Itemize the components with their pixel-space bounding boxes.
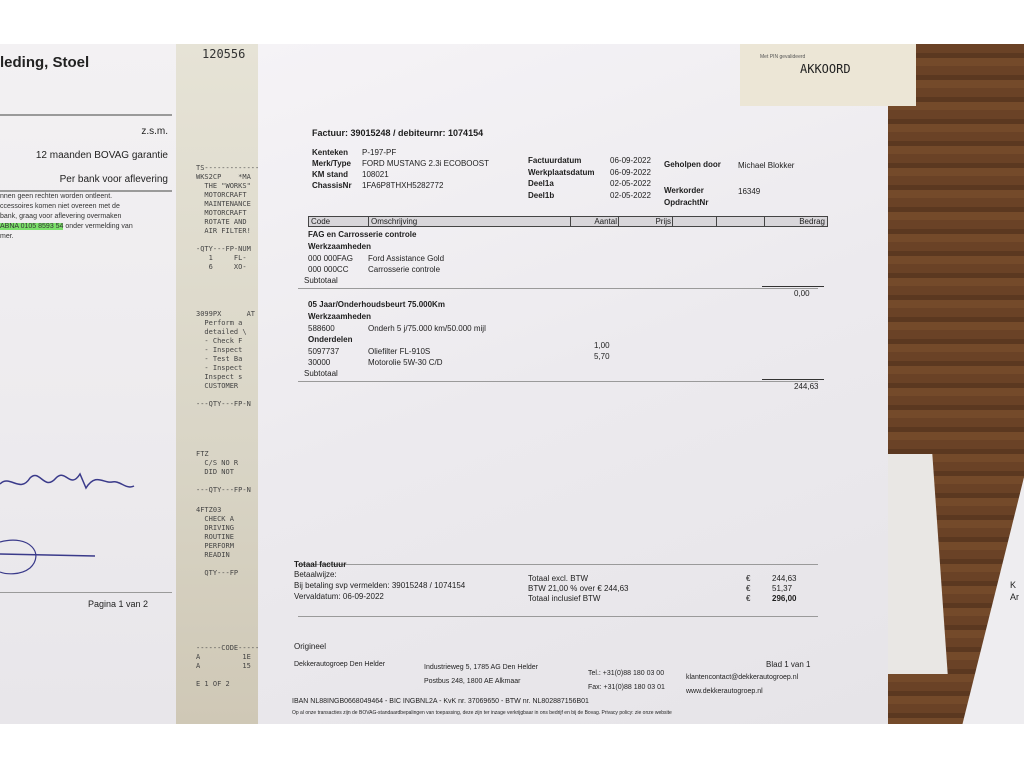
divider (298, 616, 818, 617)
payment-method: Per bank voor aflevering (60, 174, 168, 185)
date-label: Werkplaatsdatum (528, 168, 595, 177)
receipt-strip: 120556 TS-------------- WKS2CP *MA THE "… (176, 44, 260, 724)
line-quantity: 5,70 (594, 352, 610, 361)
receipt-block: TS-------------- WKS2CP *MA THE "WORKS" … (196, 164, 263, 272)
signature (0, 464, 180, 584)
line-code: 000 000CC (308, 265, 348, 274)
divider (298, 381, 818, 382)
work-order-value: 16349 (738, 187, 760, 196)
date-value: 06-09-2022 (610, 156, 651, 165)
total-amount: 244,63 (772, 574, 796, 583)
divider (0, 592, 172, 593)
divider (298, 564, 818, 565)
phone: Tel.: +31(0)88 180 03 00 (588, 670, 664, 677)
vehicle-value: 1FA6P8THXH5282772 (362, 181, 443, 190)
vehicle-label: ChassisNr (312, 181, 352, 190)
approval-slip: Met PIN gevalideerd AKKOORD (740, 44, 916, 106)
vehicle-value: FORD MUSTANG 2.3i ECOBOOST (362, 159, 489, 168)
line-quantity: 1,00 (594, 341, 610, 350)
receipt-number: 120556 (202, 50, 245, 59)
section-title: FAG en Carrosserie controle (308, 230, 416, 239)
line-description: Oliefilter FL-910S (368, 347, 430, 356)
total-label: Totaal excl. BTW (528, 574, 588, 583)
vehicle-value: P-197-PF (362, 148, 396, 157)
section-title: 05 Jaar/Onderhoudsbeurt 75.000Km (308, 300, 445, 309)
address-line1: Industrieweg 5, 1785 AG Den Helder (424, 664, 538, 671)
line-description: Motorolie 5W-30 C/D (368, 358, 443, 367)
fax: Fax: +31(0)88 180 03 01 (588, 684, 665, 691)
date-label: Deel1b (528, 191, 554, 200)
line-description: Ford Assistance Gold (368, 254, 444, 263)
document-photo: K Ar leding, Stoel z.s.m. 12 maanden BOV… (0, 44, 1024, 724)
col-amount: Bedrag (764, 216, 828, 227)
order-number-label: OpdrachtNr (664, 198, 708, 207)
date-value: 02-05-2022 (610, 179, 651, 188)
disclaimer: Op al onze transacties zijn de BOVAG-sta… (292, 710, 672, 716)
total-label: BTW 21,00 % over € 244,63 (528, 584, 629, 593)
company-name: Dekkerautogroep Den Helder (294, 661, 385, 668)
currency-symbol: € (746, 574, 750, 583)
col-quantity: Aantal (570, 216, 620, 227)
date-label: Factuurdatum (528, 156, 581, 165)
line-code: 000 000FAG (308, 254, 353, 263)
address-line2: Postbus 248, 1800 AE Alkmaar (424, 678, 521, 685)
website-link[interactable]: www.dekkerautogroep.nl (686, 688, 763, 695)
divider (298, 288, 818, 289)
col-price: Prijs (618, 216, 674, 227)
total-label: Totaal inclusief BTW (528, 594, 600, 603)
divider (0, 114, 172, 116)
email-link[interactable]: klantencontact@dekkerautogroep.nl (686, 674, 798, 681)
subtotal-rule (762, 286, 824, 287)
col-empty (716, 216, 766, 227)
terms-text: nnen geen rechten worden ontleent. ccess… (0, 192, 170, 242)
col-description: Omschrijving (368, 216, 572, 227)
date-value: 06-09-2022 (610, 168, 651, 177)
group-title: Onderdelen (308, 335, 352, 344)
currency-symbol: € (746, 584, 750, 593)
bank-details: IBAN NL88INGB0668049464 - BIC INGBNL2A -… (292, 698, 589, 705)
total-amount: 296,00 (772, 594, 796, 603)
due-date: Vervaldatum: 06-09-2022 (294, 592, 384, 601)
payment-method: Betaalwijze: (294, 570, 337, 579)
totals-title: Totaal factuur (294, 560, 346, 569)
date-value: 02-05-2022 (610, 191, 651, 200)
work-order-label: Werkorder (664, 186, 704, 195)
receipt-block: 4FTZ03 CHECK A DRIVING ROUTINE PERFORM R… (196, 506, 238, 578)
receipt-block: ------CODE----- A 1E A 15 E 1 OF 2 (196, 644, 259, 689)
payment-reference: Bij betaling svp vermelden: 39015248 / 1… (294, 581, 465, 590)
receipt-block: FTZ C/S NO R DID NOT ---QTY---FP-N (196, 450, 251, 495)
left-document-title: leding, Stoel (0, 54, 89, 71)
subtotal-amount: 0,00 (794, 289, 810, 298)
col-empty (672, 216, 718, 227)
receipt-block: 3099PX AT Perform a detailed \ - Check F… (196, 310, 255, 409)
line-code: 588600 (308, 324, 335, 333)
approval-label: AKKOORD (800, 62, 851, 76)
warranty: 12 maanden BOVAG garantie (36, 150, 168, 161)
currency-symbol: € (746, 594, 750, 603)
date-label: Deel1a (528, 179, 554, 188)
vehicle-label: Kenteken (312, 148, 348, 157)
delivery-time: z.s.m. (141, 126, 168, 137)
group-title: Werkzaamheden (308, 312, 371, 321)
page-number: Pagina 1 van 2 (88, 599, 148, 609)
line-description: Carrosserie controle (368, 265, 440, 274)
vehicle-value: 108021 (362, 170, 389, 179)
vehicle-label: KM stand (312, 170, 348, 179)
group-title: Werkzaamheden (308, 242, 371, 251)
subtotal-rule (762, 379, 824, 380)
right-document-text: K Ar (1010, 579, 1019, 603)
left-document: leding, Stoel z.s.m. 12 maanden BOVAG ga… (0, 44, 196, 724)
invoice-heading: Factuur: 39015248 / debiteurnr: 1074154 (312, 128, 483, 138)
helped-by-label: Geholpen door (664, 160, 721, 169)
total-amount: 51,37 (772, 584, 792, 593)
invoice: Factuur: 39015248 / debiteurnr: 1074154 … (258, 44, 888, 724)
col-code: Code (308, 216, 370, 227)
original-label: Origineel (294, 642, 326, 651)
helped-by-value: Michael Blokker (738, 161, 794, 170)
subtotal-label: Subtotaal (304, 276, 338, 285)
line-code: 30000 (308, 358, 330, 367)
page-number: Blad 1 van 1 (766, 660, 810, 669)
vehicle-label: Merk/Type (312, 159, 351, 168)
subtotal-amount: 244,63 (794, 382, 818, 391)
highlighted-account: ABNA 0105 8593 54 (0, 223, 63, 230)
line-description: Onderh 5 j/75.000 km/50.000 mijl (368, 324, 486, 333)
line-code: 5097737 (308, 347, 339, 356)
subtotal-label: Subtotaal (304, 369, 338, 378)
